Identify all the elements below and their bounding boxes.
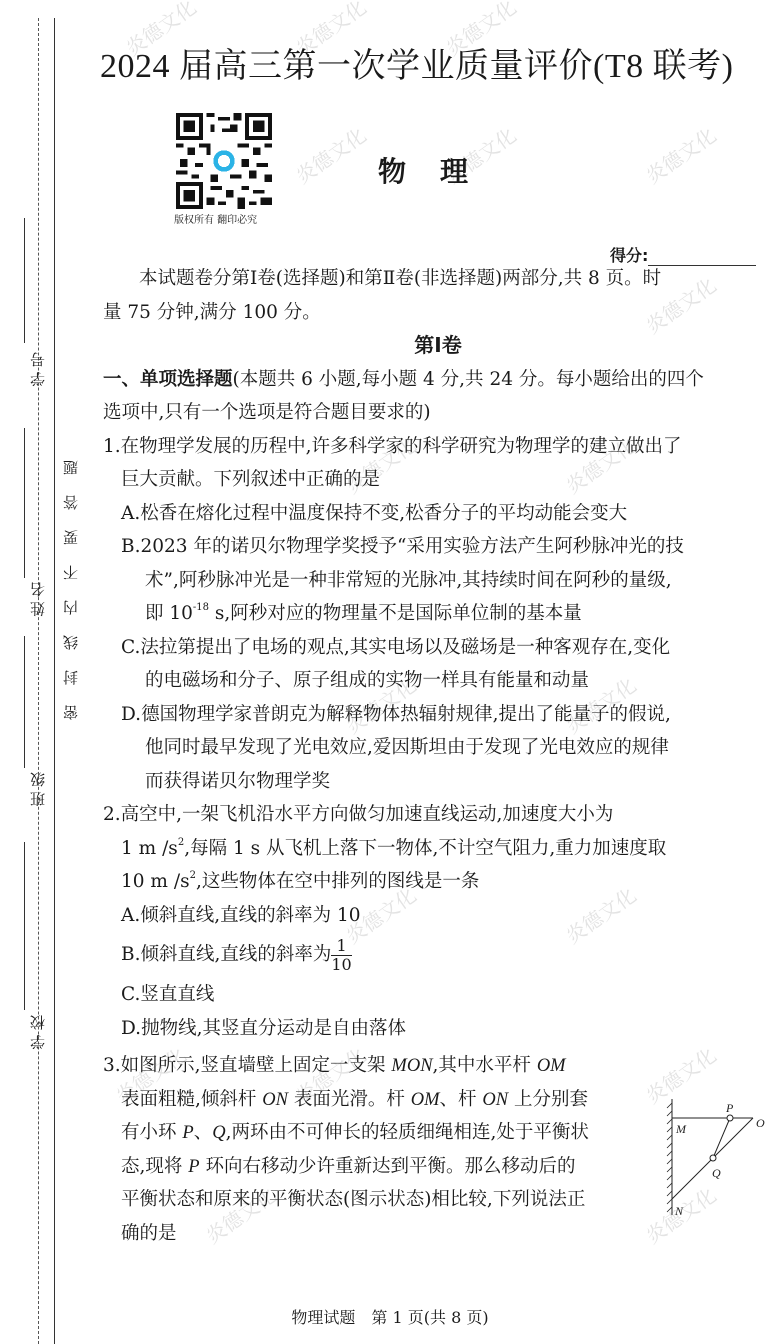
question-stem: 高空中,一架飞机沿水平方向做匀加速直线运动,加速度大小为 (121, 804, 614, 825)
qr-caption: 版权所有 翻印必究 (174, 211, 257, 226)
stem-text: 态,现将 (121, 1156, 188, 1177)
qr-code (176, 113, 272, 209)
stem-text: 有小环 (121, 1122, 182, 1143)
option-label: B. (121, 944, 140, 965)
name-label: 姓 名 (27, 582, 48, 617)
watermark: 炎德文化 (289, 120, 371, 190)
question-stem: 表面粗糙,倾斜杆 ON 表面光滑。杆 OM、杆 ON 上分别套 (103, 1083, 663, 1117)
label-n: N (674, 1204, 684, 1218)
label-p: P (725, 1101, 734, 1115)
label-m: M (675, 1122, 687, 1136)
volume-title: 第Ⅰ卷 (103, 329, 773, 363)
question-stem: 在物理学发展的历程中,许多科学家的科学研究为物理学的建立做出了 (121, 436, 682, 457)
option-label: A. (121, 503, 140, 524)
option-label: D. (121, 1018, 141, 1039)
exam-title: 2024 届高三第一次学业质量评价(T8 联考) (100, 38, 733, 87)
stem-text: 、杆 (440, 1089, 483, 1110)
stem-text: ,每隔 1 s 从飞机上落下一物体,不计空气阻力,重力加速度取 (184, 838, 666, 859)
exponent: -18 (193, 602, 209, 613)
option-label: A. (121, 905, 140, 926)
option-c: C.竖直直线 (103, 978, 773, 1012)
question-stem: 态,现将 P 环向右移动少许重新达到平衡。那么移动后的 (103, 1150, 663, 1184)
stem-text: 上分别套 (508, 1089, 588, 1110)
section-heading: 一、单项选择题(本题共 6 小题,每小题 4 分,共 24 分。每小题给出的四个 (103, 363, 773, 397)
name-blank[interactable] (24, 428, 25, 578)
question-3: 3.如图所示,竖直墙壁上固定一支架 MON,其中水平杆 OM 表面粗糙,倾斜杆 … (103, 1049, 663, 1250)
stem-text: 表面粗糙,倾斜杆 (121, 1089, 262, 1110)
variable: ON (262, 1090, 288, 1110)
option-text: 即 10 (145, 603, 193, 624)
option-text: 的电磁场和分子、原子组成的实物一样具有能量和动量 (103, 664, 773, 698)
question-2: 2.高空中,一架飞机沿水平方向做匀加速直线运动,加速度大小为 1 m /s2,每… (103, 798, 773, 1045)
option-label: B. (121, 536, 140, 557)
stem-text: ,这些物体在空中排列的图线是一条 (196, 871, 479, 892)
variable: ON (482, 1090, 508, 1110)
question-number: 1. (103, 436, 121, 457)
option-text: 抛物线,其竖直分运动是自由落体 (141, 1018, 406, 1039)
option-text: 倾斜直线,直线的斜率为 10 (140, 905, 360, 926)
option-text: 而获得诺贝尔物理学奖 (103, 765, 773, 799)
variable: P (188, 1157, 199, 1177)
option-b: B.倾斜直线,直线的斜率为110 (103, 932, 773, 978)
option-text: 竖直直线 (140, 984, 214, 1005)
class-label: 班 级 (27, 772, 48, 807)
option-d: D.德国物理学家普朗克为解释物体热辐射规律,提出了能量子的假说, (103, 698, 773, 732)
stem-text: 环向右移动少许重新达到平衡。那么移动后的 (200, 1156, 576, 1177)
option-text: 他同时最早发现了光电效应,爱因斯坦由于发现了光电效应的规律 (103, 731, 773, 765)
stem-text: 10 m /s (121, 871, 190, 892)
class-blank[interactable] (24, 636, 25, 768)
intro-line: 本试题卷分第Ⅰ卷(选择题)和第Ⅱ卷(非选择题)两部分,共 8 页。时 (103, 262, 773, 296)
stem-text: 表面光滑。杆 (288, 1089, 411, 1110)
variable: OM (537, 1056, 566, 1076)
page-footer: 物理试题 第 1 页(共 8 页) (0, 1305, 780, 1328)
variable: P (182, 1123, 193, 1143)
student-id-blank[interactable] (24, 218, 25, 343)
school-label: 学 校 (27, 1015, 48, 1050)
school-blank[interactable] (24, 842, 25, 1010)
stem-text: ,其中水平杆 (433, 1055, 537, 1076)
fraction-denominator: 10 (331, 956, 351, 974)
option-a: A.松香在熔化过程中温度保持不变,松香分子的平均动能会变大 (103, 497, 773, 531)
option-label: D. (121, 704, 141, 725)
variable: MON (391, 1056, 432, 1076)
section-title: 一、单项选择题 (103, 369, 233, 390)
cut-line-dashed (38, 18, 39, 1344)
option-text: 倾斜直线,直线的斜率为 (140, 944, 331, 965)
option-text: 2023 年的诺贝尔物理学奖授予“采用实验方法产生阿秒脉冲光的技 (140, 536, 683, 557)
question-stem: 平衡状态和原来的平衡状态(图示状态)相比较,下列说法正 (103, 1183, 663, 1217)
question-stem: 1 m /s2,每隔 1 s 从飞机上落下一物体,不计空气阻力,重力加速度取 (103, 832, 773, 866)
intro-line: 量 75 分钟,满分 100 分。 (103, 296, 773, 330)
subject-title: 物理 (378, 150, 502, 190)
seal-warning-text: 密封线内不要答题 (60, 440, 81, 720)
label-q: Q (712, 1166, 721, 1180)
question-stem: 10 m /s2,这些物体在空中排列的图线是一条 (103, 865, 773, 899)
fraction: 110 (331, 937, 351, 974)
option-d: D.抛物线,其竖直分运动是自由落体 (103, 1012, 773, 1046)
question-stem: 巨大贡献。下列叙述中正确的是 (103, 463, 773, 497)
option-text: 即 10-18 s,阿秒对应的物理量不是国际单位制的基本量 (103, 597, 773, 631)
stem-text: 如图所示,竖直墙壁上固定一支架 (121, 1055, 392, 1076)
bracket-diagram: P O M Q N (662, 1095, 780, 1220)
question-stem: 有小环 P、Q,两环由不可伸长的轻质细绳相连,处于平衡状 (103, 1116, 663, 1150)
option-label: C. (121, 984, 140, 1005)
stem-text: 、 (194, 1122, 213, 1143)
question-stem: 确的是 (103, 1217, 663, 1251)
option-text: 松香在熔化过程中温度保持不变,松香分子的平均动能会变大 (140, 503, 627, 524)
section-description: 选项中,只有一个选项是符合题目要求的) (103, 396, 773, 430)
student-id-label: 学 号 (27, 352, 48, 387)
option-text: 德国物理学家普朗克为解释物体热辐射规律,提出了能量子的假说, (141, 704, 671, 725)
stem-text: 1 m /s (121, 838, 178, 859)
fraction-numerator: 1 (331, 937, 351, 956)
option-b: B.2023 年的诺贝尔物理学奖授予“采用实验方法产生阿秒脉冲光的技 (103, 530, 773, 564)
label-o: O (756, 1116, 765, 1130)
question-number: 3. (103, 1055, 121, 1076)
option-a: A.倾斜直线,直线的斜率为 10 (103, 899, 773, 933)
question-1: 1.在物理学发展的历程中,许多科学家的科学研究为物理学的建立做出了 巨大贡献。下… (103, 430, 773, 799)
option-label: C. (121, 637, 140, 658)
option-text: s,阿秒对应的物理量不是国际单位制的基本量 (209, 603, 582, 624)
variable: Q (212, 1123, 225, 1143)
variable: OM (411, 1090, 440, 1110)
question-number: 2. (103, 804, 121, 825)
section-description: (本题共 6 小题,每小题 4 分,共 24 分。每小题给出的四个 (233, 369, 704, 390)
stem-text: ,两环由不可伸长的轻质细绳相连,处于平衡状 (226, 1122, 589, 1143)
cut-line-solid (54, 18, 55, 1344)
option-text: 术”,阿秒脉冲光是一种非常短的光脉冲,其持续时间在阿秒的量级, (103, 564, 773, 598)
watermark: 炎德文化 (639, 120, 721, 190)
option-text: 法拉第提出了电场的观点,其实电场以及磁场是一种客观存在,变化 (140, 637, 670, 658)
option-c: C.法拉第提出了电场的观点,其实电场以及磁场是一种客观存在,变化 (103, 631, 773, 665)
